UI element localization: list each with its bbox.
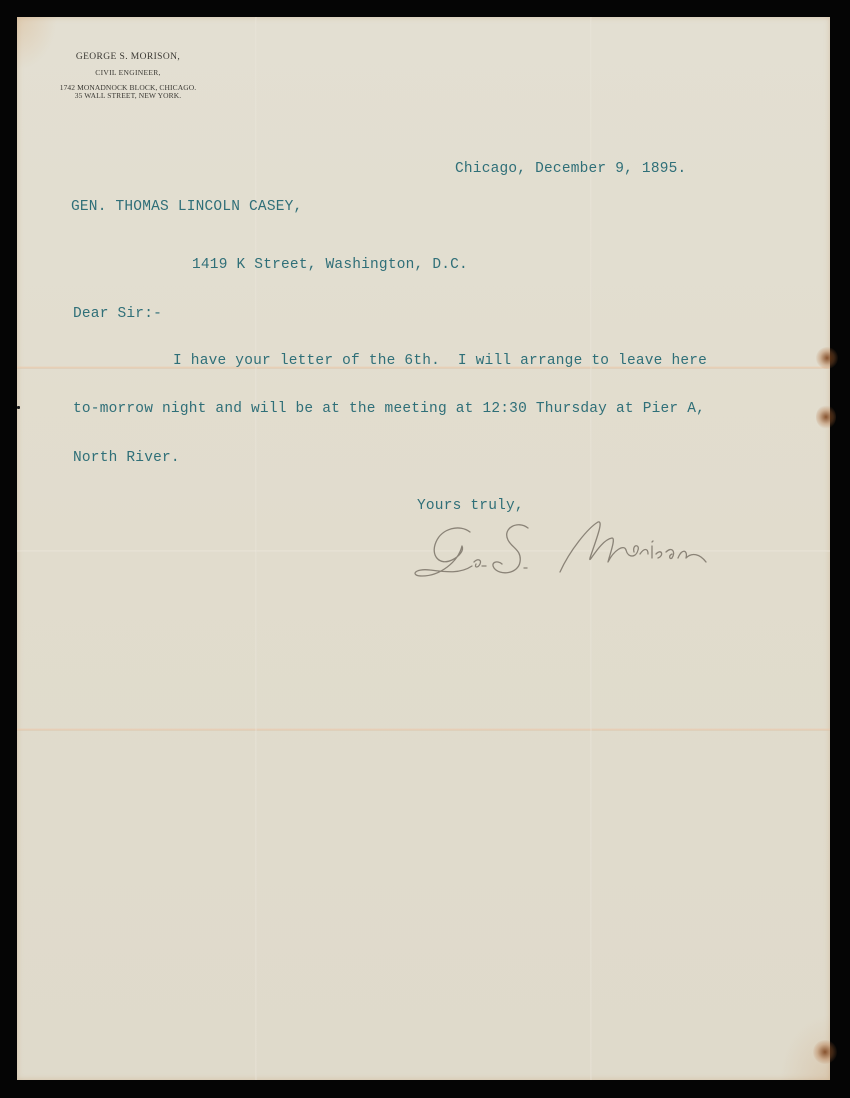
edge-mark (17, 406, 20, 409)
signature-strokes-icon (400, 510, 720, 590)
foxing-stain (813, 1040, 837, 1064)
fold-line-lower (17, 728, 830, 731)
letterhead-name: GEORGE S. MORISON, (53, 52, 203, 63)
letterhead-title: CIVIL ENGINEER, (53, 69, 203, 78)
recipient-name: GEN. THOMAS LINCOLN CASEY, (71, 199, 302, 215)
recipient-address: 1419 K Street, Washington, D.C. (192, 257, 468, 273)
body-line-3: North River. (73, 450, 180, 466)
body-line-2: to-morrow night and will be at the meeti… (73, 401, 705, 417)
foxing-stain (816, 347, 838, 369)
dateline: Chicago, December 9, 1895. (455, 161, 686, 177)
handwritten-signature (400, 510, 720, 590)
salutation: Dear Sir:- (73, 306, 162, 322)
foxing-stain (816, 405, 836, 429)
letterhead-address-new-york: 35 WALL STREET, NEW YORK. (53, 92, 203, 101)
body-line-1: I have your letter of the 6th. I will ar… (173, 353, 707, 369)
crease-vertical-left (255, 17, 257, 1080)
letterhead: GEORGE S. MORISON, CIVIL ENGINEER, 1742 … (53, 52, 203, 101)
